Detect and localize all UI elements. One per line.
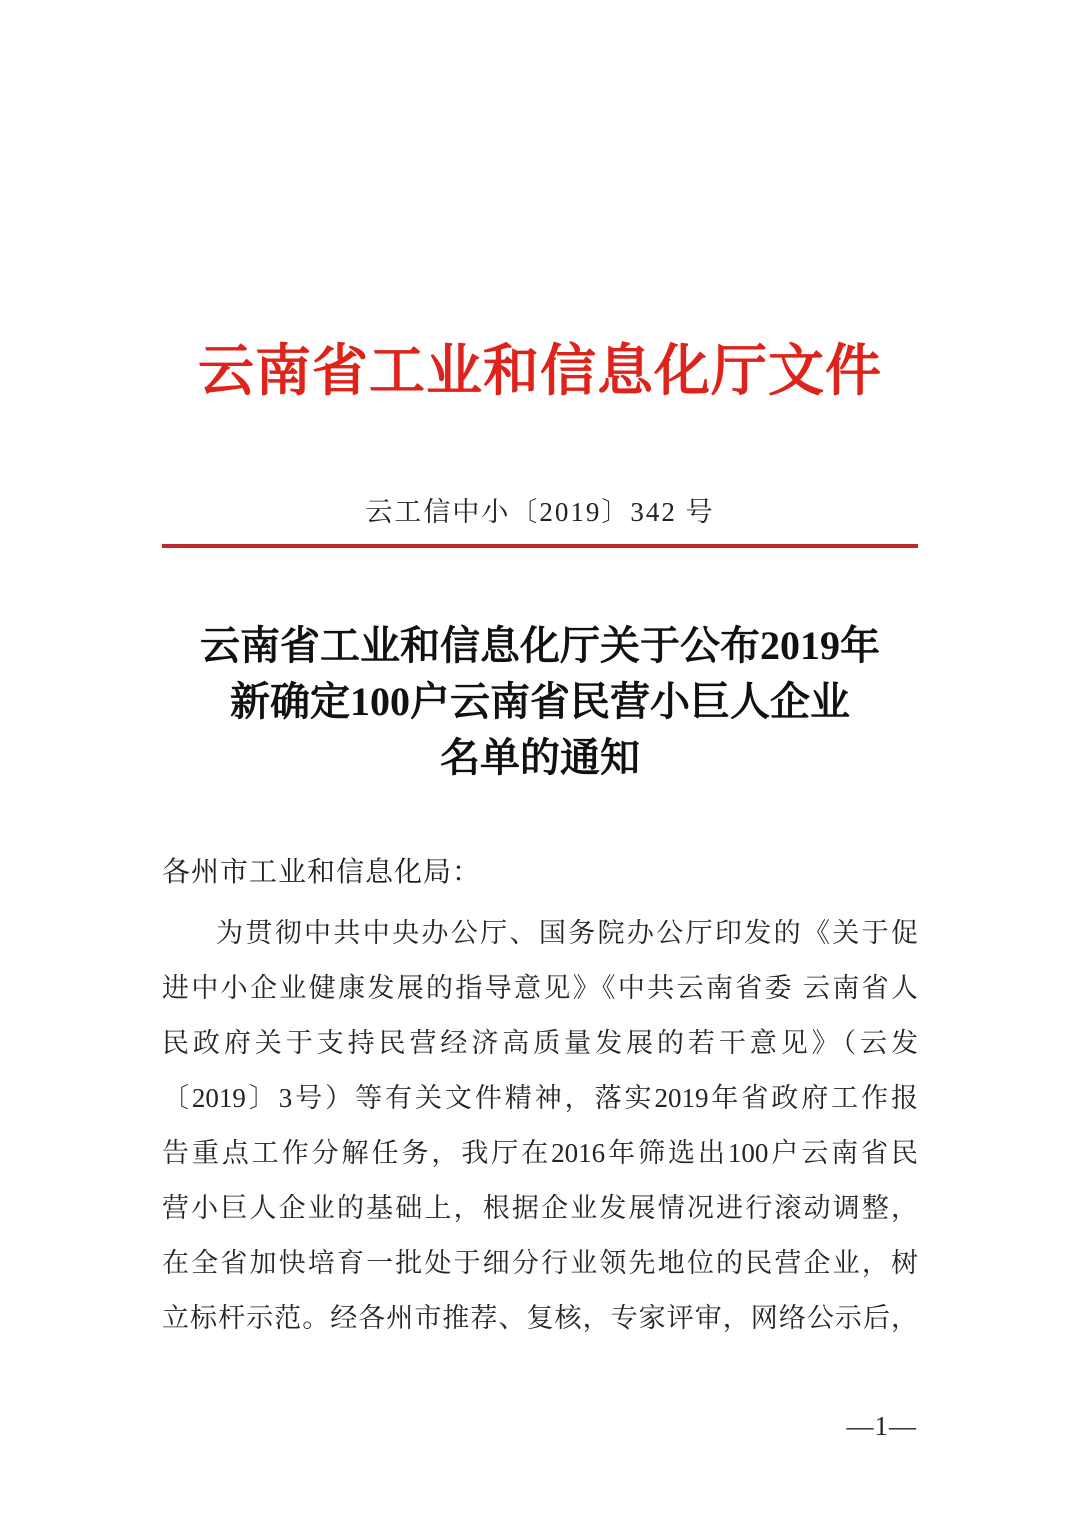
document-number: 云工信中小〔2019〕342 号 bbox=[162, 496, 918, 528]
paragraph-line-8: 立标杆示范。经各州市推荐、复核，专家评审，网络公示后， bbox=[162, 1291, 918, 1346]
document-title-line-1: 云南省工业和信息化厅关于公布2019年 bbox=[162, 618, 918, 674]
document-page: 云南省工业和信息化厅文件 云工信中小〔2019〕342 号 云南省工业和信息化厅… bbox=[0, 0, 1080, 1526]
page-number: —1— bbox=[847, 1410, 918, 1442]
paragraph-line-3: 民政府关于支持民营经济高质量发展的若干意见》（云发 bbox=[162, 1016, 918, 1071]
red-divider-line bbox=[162, 544, 918, 548]
paragraph-line-2: 进中小企业健康发展的指导意见》《中共云南省委 云南省人 bbox=[162, 961, 918, 1016]
document-title-line-3: 名单的通知 bbox=[162, 730, 918, 786]
paragraph-line-7: 在全省加快培育一批处于细分行业领先地位的民营企业，树 bbox=[162, 1236, 918, 1291]
paragraph-line-1: 为贯彻中共中央办公厅、国务院办公厅印发的《关于促 bbox=[162, 906, 918, 961]
paragraph-line-6: 营小巨人企业的基础上，根据企业发展情况进行滚动调整， bbox=[162, 1181, 918, 1236]
paragraph-line-5: 告重点工作分解任务，我厅在2016年筛选出100户云南省民 bbox=[162, 1126, 918, 1181]
body-paragraph: 为贯彻中共中央办公厅、国务院办公厅印发的《关于促 进中小企业健康发展的指导意见》… bbox=[162, 906, 918, 1346]
paragraph-line-4: 〔2019〕3号）等有关文件精神，落实2019年省政府工作报 bbox=[162, 1071, 918, 1126]
document-header-title: 云南省工业和信息化厅文件 bbox=[162, 0, 918, 400]
document-title: 云南省工业和信息化厅关于公布2019年 新确定100户云南省民营小巨人企业 名单… bbox=[162, 618, 918, 786]
document-title-line-2: 新确定100户云南省民营小巨人企业 bbox=[162, 674, 918, 730]
salutation: 各州市工业和信息化局： bbox=[162, 846, 918, 900]
document-body: 各州市工业和信息化局： 为贯彻中共中央办公厅、国务院办公厅印发的《关于促 进中小… bbox=[162, 846, 918, 1346]
